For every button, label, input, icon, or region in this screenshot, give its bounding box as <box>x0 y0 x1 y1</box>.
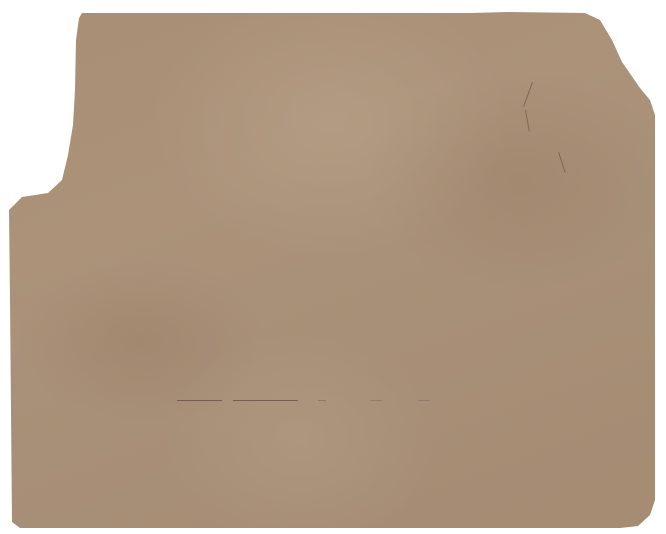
faint-line-mark <box>177 400 222 401</box>
crease-mark <box>558 152 566 173</box>
crease-mark <box>525 110 530 132</box>
aged-cardboard <box>0 0 666 534</box>
crease-mark <box>523 82 533 107</box>
faint-line-mark <box>418 400 430 401</box>
faint-line-mark <box>370 400 382 401</box>
faint-line-mark <box>233 400 298 401</box>
faint-line-mark <box>318 400 326 401</box>
